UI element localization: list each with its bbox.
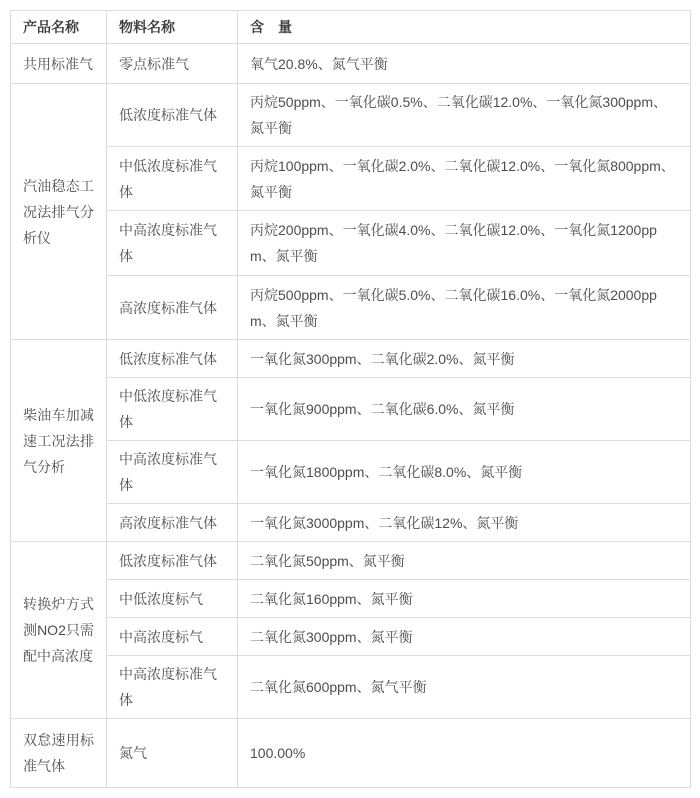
table-row: 中低浓度标准气体 一氧化氮900ppm、二氧化碳6.0%、氮平衡 (11, 378, 691, 441)
content-cell: 氧气20.8%、氮气平衡 (238, 44, 691, 84)
content-cell: 丙烷100ppm、一氧化碳2.0%、二氧化碳12.0%、一氧化氮800ppm、氮… (238, 147, 691, 211)
content-cell: 二氧化氮50ppm、氮平衡 (238, 542, 691, 580)
content-cell: 一氧化氮300ppm、二氧化碳2.0%、氮平衡 (238, 340, 691, 378)
material-cell: 低浓度标准气体 (107, 542, 238, 580)
material-cell: 高浓度标准气体 (107, 276, 238, 340)
standard-gas-table: 产品名称 物料名称 含 量 共用标准气 零点标准气 氧气20.8%、氮气平衡 汽… (10, 10, 691, 788)
table-row: 中低浓度标准气体 丙烷100ppm、一氧化碳2.0%、二氧化碳12.0%、一氧化… (11, 147, 691, 211)
product-cell: 双怠速用标准气体 (11, 719, 107, 788)
material-cell: 中低浓度标准气体 (107, 147, 238, 211)
material-cell: 零点标准气 (107, 44, 238, 84)
content-cell: 丙烷500ppm、一氧化碳5.0%、二氧化碳16.0%、一氧化氮2000ppm、… (238, 276, 691, 340)
table-row: 共用标准气 零点标准气 氧气20.8%、氮气平衡 (11, 44, 691, 84)
table-row: 中高浓度标准气体 二氧化氮600ppm、氮气平衡 (11, 656, 691, 719)
content-cell: 丙烷200ppm、一氧化碳4.0%、二氧化碳12.0%、一氧化氮1200ppm、… (238, 211, 691, 276)
content-cell: 一氧化氮1800ppm、二氧化碳8.0%、氮平衡 (238, 441, 691, 504)
material-cell: 中高浓度标准气体 (107, 211, 238, 276)
material-cell: 中低浓度标气 (107, 580, 238, 618)
material-cell: 中低浓度标准气体 (107, 378, 238, 441)
table-row: 转换炉方式测NO2只需配中高浓度 低浓度标准气体 二氧化氮50ppm、氮平衡 (11, 542, 691, 580)
product-cell: 共用标准气 (11, 44, 107, 84)
material-cell: 中高浓度标准气体 (107, 656, 238, 719)
table-row: 中高浓度标准气体 一氧化氮1800ppm、二氧化碳8.0%、氮平衡 (11, 441, 691, 504)
content-cell: 一氧化氮3000ppm、二氧化碳12%、氮平衡 (238, 504, 691, 542)
table-row: 中高浓度标气 二氧化氮300ppm、氮平衡 (11, 618, 691, 656)
product-cell: 柴油车加减速工况法排气分析 (11, 340, 107, 542)
content-cell: 二氧化氮600ppm、氮气平衡 (238, 656, 691, 719)
table-row: 高浓度标准气体 丙烷500ppm、一氧化碳5.0%、二氧化碳16.0%、一氧化氮… (11, 276, 691, 340)
col-header-content: 含 量 (238, 11, 691, 44)
table-row: 中低浓度标气 二氧化氮160ppm、氮平衡 (11, 580, 691, 618)
table-row: 中高浓度标准气体 丙烷200ppm、一氧化碳4.0%、二氧化碳12.0%、一氧化… (11, 211, 691, 276)
content-cell: 二氧化氮160ppm、氮平衡 (238, 580, 691, 618)
material-cell: 中高浓度标准气体 (107, 441, 238, 504)
col-header-product: 产品名称 (11, 11, 107, 44)
table-row: 高浓度标准气体 一氧化氮3000ppm、二氧化碳12%、氮平衡 (11, 504, 691, 542)
content-cell: 二氧化氮300ppm、氮平衡 (238, 618, 691, 656)
content-cell: 100.00% (238, 719, 691, 788)
content-cell: 一氧化氮900ppm、二氧化碳6.0%、氮平衡 (238, 378, 691, 441)
material-cell: 中高浓度标气 (107, 618, 238, 656)
table-row: 汽油稳态工况法排气分析仪 低浓度标准气体 丙烷50ppm、一氧化碳0.5%、二氧… (11, 84, 691, 147)
table-row: 柴油车加减速工况法排气分析 低浓度标准气体 一氧化氮300ppm、二氧化碳2.0… (11, 340, 691, 378)
product-cell: 转换炉方式测NO2只需配中高浓度 (11, 542, 107, 719)
header-row: 产品名称 物料名称 含 量 (11, 11, 691, 44)
content-cell: 丙烷50ppm、一氧化碳0.5%、二氧化碳12.0%、一氧化氮300ppm、氮平… (238, 84, 691, 147)
col-header-material: 物料名称 (107, 11, 238, 44)
material-cell: 氮气 (107, 719, 238, 788)
material-cell: 低浓度标准气体 (107, 84, 238, 147)
page: 产品名称 物料名称 含 量 共用标准气 零点标准气 氧气20.8%、氮气平衡 汽… (0, 0, 700, 798)
material-cell: 低浓度标准气体 (107, 340, 238, 378)
table-row: 双怠速用标准气体 氮气 100.00% (11, 719, 691, 788)
product-cell: 汽油稳态工况法排气分析仪 (11, 84, 107, 340)
material-cell: 高浓度标准气体 (107, 504, 238, 542)
